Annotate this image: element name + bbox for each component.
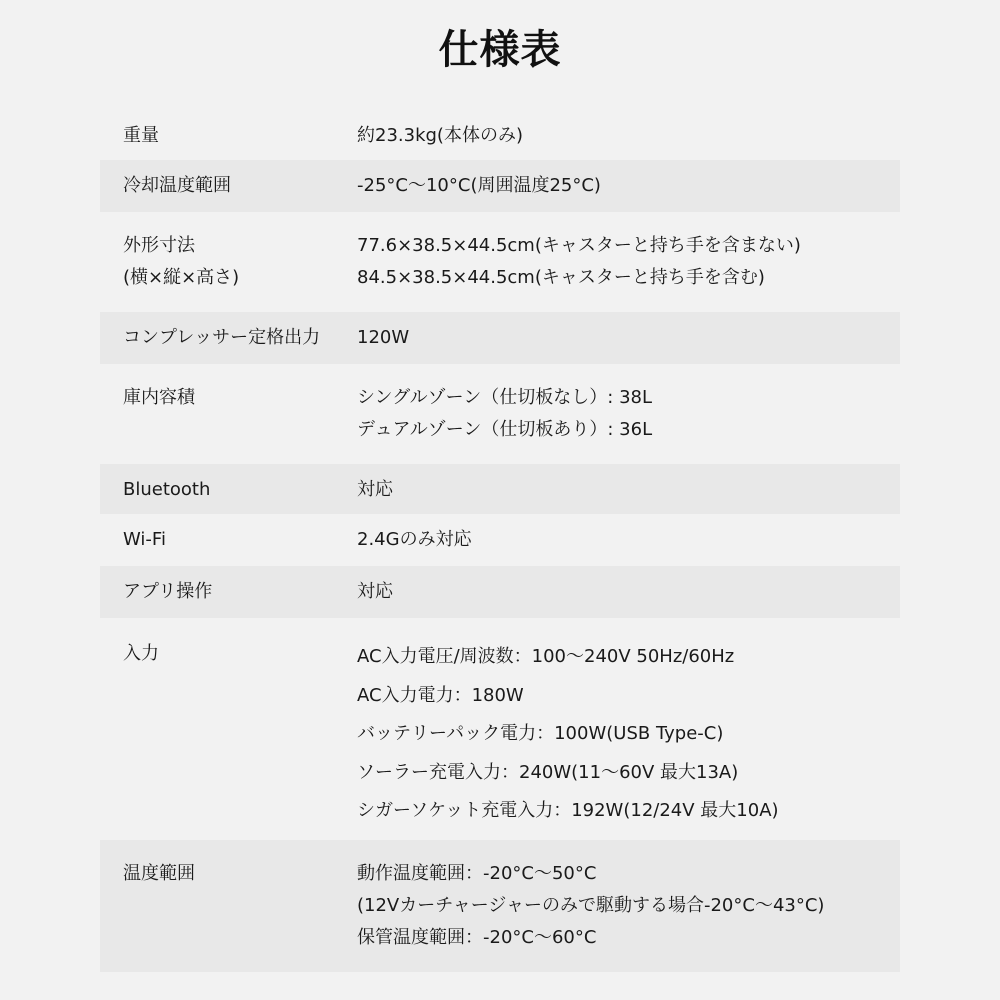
spec-label: 庫内容積 <box>100 382 357 464</box>
spec-row-compressor: コンプレッサー定格出力 120W <box>100 312 900 364</box>
value-line: -25°C～10°C(周囲温度25°C) <box>357 170 900 202</box>
value-line: 対応 <box>357 576 900 608</box>
spec-label: 温度範囲 <box>100 858 357 972</box>
value-line: AC入力電力：180W <box>357 677 900 716</box>
value-line: 84.5×38.5×44.5cm(キャスターと持ち手を含む) <box>357 262 900 294</box>
value-line: 対応 <box>357 474 900 506</box>
value-line: 保管温度範囲：-20°C～60°C <box>357 922 900 954</box>
spec-value: シングルゾーン（仕切板なし）: 38L デュアルゾーン（仕切板あり）: 36L <box>357 382 900 464</box>
spec-row-weight: 重量 約23.3kg(本体のみ) <box>100 112 900 160</box>
label-line: 入力 <box>123 638 357 670</box>
label-line: アプリ操作 <box>123 576 357 608</box>
page-title: 仕様表 <box>0 18 1000 75</box>
value-line: (12Vカーチャージャーのみで駆動する場合-20°C～43°C) <box>357 890 900 922</box>
spec-label: Wi-Fi <box>100 524 357 566</box>
spec-label: 入力 <box>100 638 357 840</box>
value-line: シガーソケット充電入力：192W(12/24V 最大10A) <box>357 792 900 831</box>
spec-label: 冷却温度範囲 <box>100 170 357 212</box>
value-line: 77.6×38.5×44.5cm(キャスターと持ち手を含まない) <box>357 230 900 262</box>
label-line: 外形寸法 <box>123 230 357 262</box>
spec-value: AC入力電圧/周波数：100～240V 50Hz/60Hz AC入力電力：180… <box>357 638 900 840</box>
label-line: 温度範囲 <box>123 858 357 890</box>
spec-row-dimensions: 外形寸法 (横×縦×高さ) 77.6×38.5×44.5cm(キャスターと持ち手… <box>100 212 900 312</box>
value-line: シングルゾーン（仕切板なし）: 38L <box>357 382 900 414</box>
spec-value: 約23.3kg(本体のみ) <box>357 120 900 160</box>
spec-label: コンプレッサー定格出力 <box>100 322 357 364</box>
spec-label: アプリ操作 <box>100 576 357 618</box>
label-line: (横×縦×高さ) <box>123 262 357 294</box>
label-line: 重量 <box>123 120 357 152</box>
spec-row-bluetooth: Bluetooth 対応 <box>100 464 900 514</box>
spec-row-input: 入力 AC入力電圧/周波数：100～240V 50Hz/60Hz AC入力電力：… <box>100 618 900 840</box>
value-line: デュアルゾーン（仕切板あり）: 36L <box>357 414 900 446</box>
spec-table: 重量 約23.3kg(本体のみ) 冷却温度範囲 -25°C～10°C(周囲温度2… <box>100 112 900 972</box>
spec-value: 対応 <box>357 576 900 618</box>
spec-row-app-control: アプリ操作 対応 <box>100 566 900 618</box>
value-line: AC入力電圧/周波数：100～240V 50Hz/60Hz <box>357 638 900 677</box>
label-line: 庫内容積 <box>123 382 357 414</box>
value-line: 約23.3kg(本体のみ) <box>357 120 900 152</box>
label-line: コンプレッサー定格出力 <box>123 322 357 354</box>
value-line: 動作温度範囲：-20°C～50°C <box>357 858 900 890</box>
spec-value: 動作温度範囲：-20°C～50°C (12Vカーチャージャーのみで駆動する場合-… <box>357 858 900 972</box>
value-line: バッテリーパック電力：100W(USB Type-C) <box>357 715 900 754</box>
spec-row-capacity: 庫内容積 シングルゾーン（仕切板なし）: 38L デュアルゾーン（仕切板あり）:… <box>100 364 900 464</box>
spec-value: -25°C～10°C(周囲温度25°C) <box>357 170 900 212</box>
label-line: Bluetooth <box>123 474 357 506</box>
spec-value: 2.4Gのみ対応 <box>357 524 900 566</box>
label-line: 冷却温度範囲 <box>123 170 357 202</box>
value-line: 120W <box>357 322 900 354</box>
spec-label: 重量 <box>100 120 357 160</box>
label-line: Wi-Fi <box>123 524 357 556</box>
spec-row-temperature-range: 温度範囲 動作温度範囲：-20°C～50°C (12Vカーチャージャーのみで駆動… <box>100 840 900 972</box>
value-line: 2.4Gのみ対応 <box>357 524 900 556</box>
spec-value: 対応 <box>357 474 900 514</box>
spec-row-wifi: Wi-Fi 2.4Gのみ対応 <box>100 514 900 566</box>
spec-value: 120W <box>357 322 900 364</box>
spec-value: 77.6×38.5×44.5cm(キャスターと持ち手を含まない) 84.5×38… <box>357 230 900 312</box>
value-line: ソーラー充電入力：240W(11～60V 最大13A) <box>357 754 900 793</box>
spec-row-cooling-range: 冷却温度範囲 -25°C～10°C(周囲温度25°C) <box>100 160 900 212</box>
spec-label: 外形寸法 (横×縦×高さ) <box>100 230 357 312</box>
spec-label: Bluetooth <box>100 474 357 514</box>
